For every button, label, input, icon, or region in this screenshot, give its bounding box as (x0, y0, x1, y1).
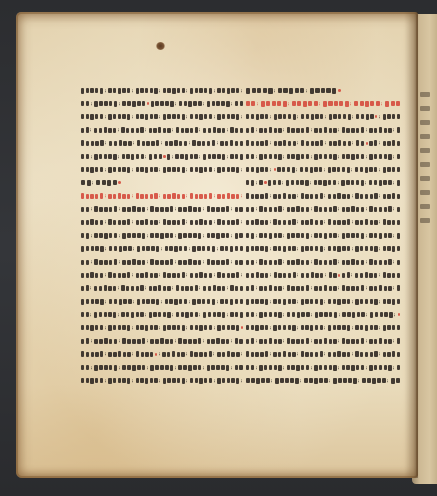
script-glyph (94, 312, 97, 318)
script-glyph (355, 220, 358, 225)
script-glyph (133, 300, 135, 304)
gutter-shadow (404, 12, 418, 478)
script-glyph (374, 220, 377, 225)
script-glyph (212, 299, 215, 305)
rubric-mark (155, 353, 157, 356)
script-glyph (397, 352, 400, 357)
script-glyph (165, 365, 168, 370)
script-glyph (86, 167, 89, 172)
script-glyph (296, 180, 299, 185)
script-glyph (199, 352, 202, 357)
script-glyph (382, 378, 386, 383)
script-glyph (183, 260, 186, 265)
script-glyph (154, 378, 157, 383)
script-glyph (102, 180, 106, 185)
script-glyph (255, 246, 258, 251)
script-glyph (230, 285, 233, 291)
script-glyph (342, 352, 345, 357)
script-glyph (132, 379, 134, 383)
script-glyph (351, 154, 354, 160)
script-glyph (195, 127, 198, 133)
text-line (81, 321, 243, 334)
script-glyph (393, 260, 395, 264)
script-glyph (342, 194, 345, 199)
script-glyph (260, 220, 263, 225)
script-glyph (159, 326, 161, 330)
script-glyph (255, 325, 258, 331)
text-line (246, 374, 400, 387)
script-glyph (293, 141, 296, 146)
script-glyph (113, 273, 116, 278)
script-glyph (204, 378, 207, 383)
text-line (246, 242, 400, 255)
script-glyph (333, 154, 336, 160)
script-glyph (108, 325, 111, 331)
script-glyph (90, 286, 92, 290)
script-glyph (186, 220, 188, 224)
script-glyph (178, 365, 181, 370)
script-glyph (320, 246, 323, 252)
script-glyph (387, 246, 390, 251)
script-glyph (328, 246, 331, 251)
script-glyph (185, 312, 188, 318)
script-glyph (204, 114, 207, 119)
script-glyph (217, 167, 220, 173)
script-glyph (136, 325, 139, 330)
script-glyph (167, 220, 170, 225)
text-line (246, 255, 400, 268)
script-glyph (207, 141, 210, 146)
script-glyph (81, 351, 84, 357)
script-glyph (174, 246, 177, 252)
script-glyph (230, 140, 233, 146)
script-glyph (265, 351, 268, 357)
script-glyph (288, 246, 291, 251)
script-glyph (209, 114, 212, 119)
script-glyph (270, 326, 272, 330)
script-glyph (198, 338, 201, 344)
text-line (81, 84, 243, 97)
script-glyph (379, 352, 381, 356)
script-glyph (221, 207, 224, 212)
script-glyph (292, 299, 295, 304)
script-glyph (141, 154, 144, 159)
script-glyph (283, 366, 285, 370)
script-glyph (122, 273, 125, 278)
script-glyph (370, 101, 374, 106)
rubric-mark (241, 326, 243, 329)
script-glyph (365, 246, 368, 251)
script-glyph (376, 101, 380, 106)
script-glyph (127, 365, 130, 370)
script-glyph (296, 206, 299, 212)
script-glyph (291, 207, 294, 212)
script-glyph (325, 273, 327, 277)
script-glyph (268, 88, 272, 94)
script-glyph (278, 352, 281, 357)
script-glyph (225, 246, 228, 251)
script-glyph (209, 220, 212, 225)
script-glyph (182, 272, 185, 278)
script-glyph (301, 140, 304, 146)
script-glyph (177, 273, 180, 278)
script-glyph (90, 167, 93, 173)
script-glyph (175, 234, 177, 238)
script-glyph (392, 351, 395, 357)
script-glyph (323, 101, 327, 107)
script-glyph (182, 194, 185, 199)
script-glyph (374, 140, 377, 146)
script-glyph (355, 325, 358, 330)
script-glyph (300, 167, 303, 172)
script-glyph (217, 352, 220, 357)
script-glyph (310, 299, 313, 304)
script-glyph (217, 286, 220, 291)
script-glyph (282, 167, 285, 172)
script-glyph (81, 299, 84, 305)
script-glyph (347, 219, 350, 225)
script-glyph (165, 207, 168, 212)
script-glyph (81, 101, 84, 106)
script-glyph (159, 379, 161, 383)
script-glyph (329, 339, 332, 344)
script-glyph (269, 285, 272, 291)
script-glyph (161, 141, 163, 145)
script-glyph (329, 233, 332, 238)
script-glyph (333, 365, 336, 371)
script-glyph (362, 378, 366, 383)
script-glyph (90, 128, 92, 132)
script-glyph (310, 181, 312, 185)
script-glyph (342, 285, 345, 291)
script-glyph (320, 299, 323, 305)
script-glyph (391, 378, 395, 384)
script-glyph (255, 219, 258, 225)
script-glyph (86, 260, 89, 265)
script-glyph (163, 88, 166, 93)
script-glyph (198, 207, 201, 212)
script-glyph (384, 128, 387, 133)
script-glyph (122, 338, 125, 344)
script-glyph (297, 326, 299, 330)
script-glyph (301, 207, 304, 212)
script-glyph (287, 260, 290, 265)
script-glyph (221, 365, 224, 370)
script-glyph (337, 167, 340, 172)
script-glyph (145, 352, 148, 357)
script-glyph (235, 299, 238, 304)
script-glyph (91, 102, 93, 106)
script-glyph (91, 260, 93, 264)
script-glyph (347, 299, 350, 304)
script-glyph (296, 128, 299, 133)
script-glyph (301, 154, 304, 159)
script-glyph (278, 273, 281, 278)
script-glyph (325, 115, 327, 119)
script-glyph (197, 141, 200, 146)
script-glyph (292, 101, 296, 106)
script-glyph (343, 378, 347, 383)
script-glyph (287, 167, 290, 172)
script-glyph (122, 154, 125, 159)
script-glyph (190, 286, 193, 291)
script-glyph (131, 154, 134, 160)
script-glyph (257, 102, 260, 106)
script-glyph (198, 260, 201, 265)
script-glyph (265, 167, 268, 172)
script-glyph (288, 141, 291, 146)
script-glyph (333, 259, 336, 265)
script-glyph (181, 128, 184, 133)
script-glyph (217, 300, 219, 304)
script-glyph (356, 233, 359, 238)
script-glyph (246, 273, 249, 278)
script-glyph (345, 101, 349, 107)
script-glyph (342, 207, 345, 212)
script-glyph (347, 246, 350, 251)
script-glyph (214, 168, 216, 172)
script-glyph (140, 220, 143, 225)
script-glyph (109, 246, 112, 251)
script-glyph (163, 219, 166, 225)
script-glyph (190, 114, 193, 119)
script-glyph (259, 128, 262, 133)
script-glyph (379, 168, 381, 172)
script-glyph (132, 352, 134, 356)
script-glyph (278, 180, 281, 185)
script-glyph (221, 233, 224, 238)
script-glyph (305, 167, 308, 172)
script-glyph (86, 207, 89, 212)
script-glyph (397, 114, 400, 119)
script-glyph (251, 233, 254, 239)
script-glyph (251, 338, 254, 344)
script-glyph (176, 127, 179, 133)
script-glyph (172, 193, 175, 199)
script-glyph (333, 206, 336, 212)
script-glyph (256, 128, 258, 132)
script-glyph (231, 220, 234, 225)
script-glyph (304, 378, 308, 383)
script-glyph (113, 352, 116, 357)
script-glyph (95, 220, 98, 225)
script-glyph (121, 127, 124, 133)
script-glyph (150, 325, 153, 330)
script-glyph (226, 206, 229, 212)
script-glyph (192, 246, 195, 252)
script-glyph (108, 114, 111, 120)
script-glyph (383, 352, 386, 357)
script-glyph (175, 154, 178, 159)
script-glyph (86, 101, 89, 106)
script-glyph (90, 114, 93, 120)
script-glyph (342, 273, 345, 278)
script-glyph (397, 299, 400, 304)
script-glyph (348, 141, 351, 146)
script-glyph (119, 140, 122, 146)
script-glyph (236, 88, 239, 93)
script-glyph (283, 260, 285, 264)
script-glyph (179, 141, 182, 146)
script-glyph (113, 167, 116, 172)
script-glyph (270, 168, 272, 172)
text-line (81, 216, 243, 229)
script-glyph (275, 378, 279, 384)
script-glyph (246, 207, 249, 212)
script-glyph (283, 325, 286, 330)
script-glyph (214, 194, 216, 198)
script-glyph (211, 365, 214, 370)
script-glyph (105, 326, 107, 330)
script-glyph (296, 154, 299, 160)
script-glyph (392, 114, 395, 119)
script-glyph (127, 88, 130, 93)
script-glyph (114, 259, 117, 265)
script-glyph (352, 312, 355, 318)
script-glyph (178, 338, 181, 344)
script-glyph (361, 141, 364, 146)
script-glyph (167, 194, 170, 199)
script-glyph (319, 207, 322, 212)
script-glyph (319, 339, 322, 344)
script-glyph (260, 246, 263, 251)
script-glyph (288, 352, 291, 357)
script-glyph (346, 154, 349, 159)
script-glyph (161, 300, 163, 304)
script-glyph (159, 273, 161, 277)
script-glyph (140, 167, 143, 172)
script-glyph (195, 194, 198, 199)
script-glyph (179, 101, 182, 106)
script-glyph (105, 352, 107, 356)
script-glyph (241, 220, 243, 224)
script-glyph (195, 220, 198, 225)
script-glyph (251, 260, 254, 265)
script-glyph (94, 339, 97, 344)
script-glyph (204, 88, 207, 93)
script-glyph (199, 378, 202, 384)
script-glyph (175, 102, 177, 106)
script-glyph (81, 140, 84, 146)
script-glyph (301, 220, 304, 225)
script-glyph (352, 352, 354, 356)
script-glyph (119, 234, 121, 238)
script-glyph (342, 312, 345, 317)
script-glyph (334, 101, 338, 106)
script-glyph (347, 325, 350, 331)
script-glyph (118, 88, 121, 94)
script-glyph (397, 207, 400, 212)
script-glyph (260, 299, 263, 304)
script-glyph (81, 273, 84, 278)
script-glyph (393, 339, 395, 343)
script-glyph (287, 365, 290, 370)
script-glyph (203, 312, 206, 318)
script-glyph (137, 260, 140, 265)
script-glyph (270, 220, 272, 224)
script-glyph (351, 128, 354, 133)
script-glyph (351, 339, 354, 344)
text-line (246, 84, 400, 97)
script-glyph (392, 273, 395, 278)
script-glyph (305, 220, 308, 225)
script-glyph (365, 272, 368, 278)
script-glyph (145, 194, 148, 199)
script-glyph (127, 207, 130, 212)
script-glyph (128, 246, 131, 251)
script-glyph (256, 181, 258, 185)
script-glyph (131, 286, 134, 291)
script-glyph (142, 246, 145, 251)
script-glyph (356, 339, 359, 344)
script-glyph (367, 378, 371, 383)
script-glyph (369, 273, 372, 278)
script-glyph (314, 167, 317, 172)
script-glyph (220, 141, 223, 146)
script-glyph (360, 101, 364, 106)
script-glyph (286, 180, 289, 186)
script-glyph (291, 128, 294, 133)
script-glyph (185, 128, 188, 133)
script-glyph (360, 167, 363, 172)
script-glyph (392, 299, 395, 305)
script-glyph (150, 365, 153, 371)
script-glyph (177, 194, 180, 199)
script-glyph (149, 312, 152, 318)
script-glyph (266, 378, 270, 383)
script-glyph (199, 325, 202, 331)
script-glyph (397, 365, 400, 370)
script-glyph (91, 366, 93, 370)
script-glyph (190, 193, 193, 199)
script-glyph (324, 285, 327, 291)
script-glyph (306, 233, 309, 239)
script-glyph (137, 233, 140, 238)
script-glyph (292, 312, 295, 317)
script-glyph (231, 207, 233, 211)
script-glyph (342, 365, 345, 370)
script-glyph (278, 220, 281, 225)
script-glyph (108, 219, 111, 225)
script-glyph (121, 312, 124, 317)
script-glyph (81, 365, 84, 370)
script-glyph (374, 233, 377, 238)
script-glyph (264, 128, 267, 133)
script-glyph (240, 141, 243, 146)
script-glyph (202, 141, 205, 146)
script-glyph (240, 299, 243, 304)
script-glyph (256, 260, 258, 264)
script-glyph (207, 233, 210, 238)
script-glyph (204, 325, 207, 330)
script-glyph (334, 312, 337, 318)
script-glyph (136, 351, 139, 357)
script-glyph (236, 167, 239, 173)
script-glyph (154, 154, 157, 159)
script-glyph (81, 220, 84, 225)
script-glyph (127, 194, 130, 199)
script-glyph (86, 233, 89, 239)
script-glyph (104, 312, 107, 317)
script-glyph (290, 378, 294, 383)
script-glyph (227, 155, 229, 159)
script-glyph (203, 102, 205, 106)
script-glyph (203, 339, 205, 343)
script-glyph (184, 246, 187, 251)
script-glyph (361, 260, 364, 265)
script-glyph (182, 219, 185, 225)
script-glyph (122, 220, 125, 225)
